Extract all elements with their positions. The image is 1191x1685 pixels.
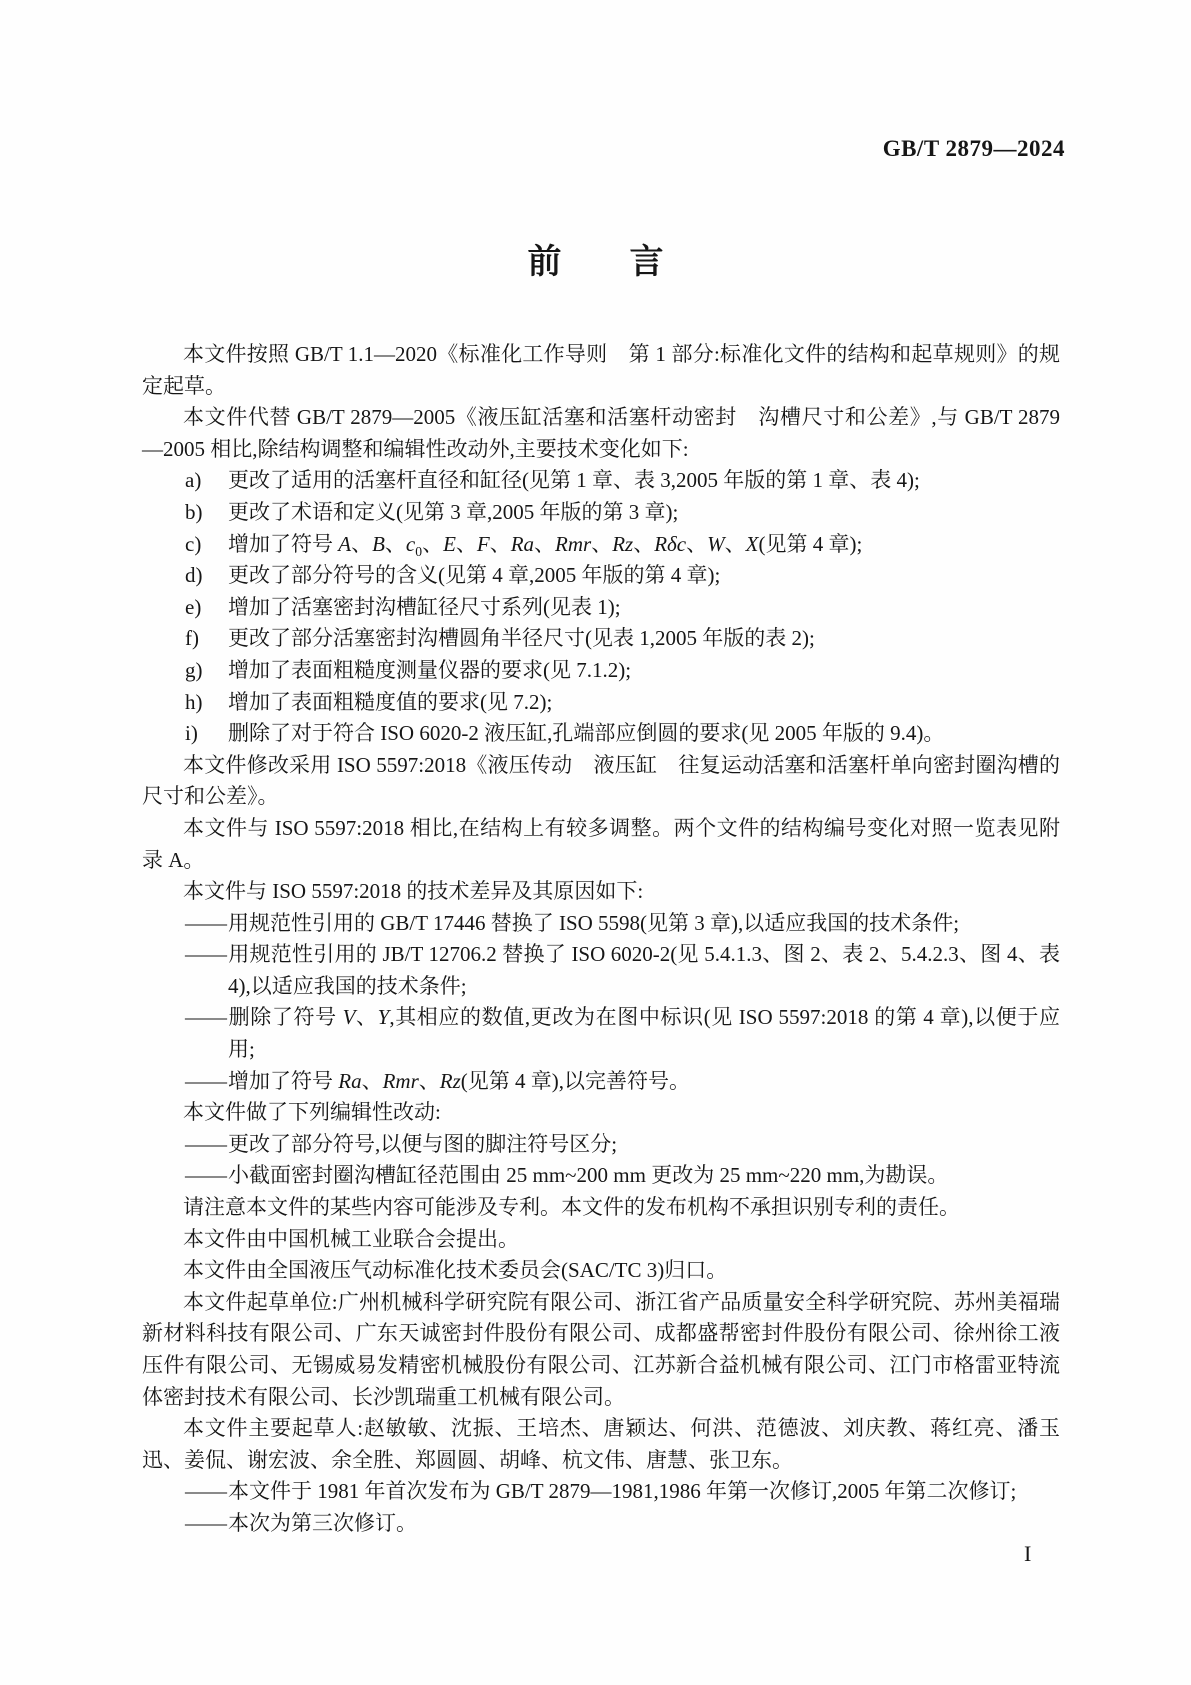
list-item: d)更改了部分符号的含义(见第 4 章,2005 年版的第 4 章);: [142, 560, 1060, 592]
list-item: b)更改了术语和定义(见第 3 章,2005 年版的第 3 章);: [142, 497, 1060, 529]
list-item-label: h): [185, 687, 228, 719]
dash-item-text: 用规范性引用的 GB/T 17446 替换了 ISO 5598(见第 3 章),…: [228, 911, 959, 935]
dash: ——: [185, 1508, 228, 1540]
dash: ——: [185, 1129, 228, 1161]
list-item-text: 删除了对于符合 ISO 6020-2 液压缸,孔端部应倒圆的要求(见 2005 …: [228, 721, 944, 745]
list-item-label: b): [185, 497, 228, 529]
paragraph-differences-intro: 本文件与 ISO 5597:2018 的技术差异及其原因如下:: [142, 876, 1060, 908]
dash-item-text: 小截面密封圈沟槽缸径范围由 25 mm~200 mm 更改为 25 mm~220…: [228, 1163, 948, 1187]
dash: ——: [185, 1066, 228, 1098]
dash-item: ——增加了符号 Ra、Rmr、Rz(见第 4 章),以完善符号。: [142, 1066, 1060, 1098]
list-item: h)增加了表面粗糙度值的要求(见 7.2);: [142, 687, 1060, 719]
paragraph-patent-notice: 请注意本文件的某些内容可能涉及专利。本文件的发布机构不承担识别专利的责任。: [142, 1192, 1060, 1224]
list-item-text: 增加了表面粗糙度值的要求(见 7.2);: [228, 690, 552, 714]
paragraph-replaces: 本文件代替 GB/T 2879—2005《液压缸活塞和活塞杆动密封 沟槽尺寸和公…: [142, 402, 1060, 465]
dash: ——: [185, 1160, 228, 1192]
list-item-label: a): [185, 465, 228, 497]
dash-item: ——更改了部分符号,以便与图的脚注符号区分;: [142, 1129, 1060, 1161]
foreword-body: 本文件按照 GB/T 1.1—2020《标准化工作导则 第 1 部分:标准化文件…: [142, 339, 1060, 1540]
paragraph-drafters: 本文件主要起草人:赵敏敏、沈振、王培杰、唐颖达、何洪、范德波、刘庆教、蒋红亮、潘…: [142, 1413, 1060, 1476]
paragraph-basis: 本文件按照 GB/T 1.1—2020《标准化工作导则 第 1 部分:标准化文件…: [142, 339, 1060, 402]
list-item-text: 更改了术语和定义(见第 3 章,2005 年版的第 3 章);: [228, 500, 678, 524]
dash-item: ——用规范性引用的 JB/T 12706.2 替换了 ISO 6020-2(见 …: [142, 939, 1060, 1002]
list-item: c)增加了符号 A、B、c0、E、F、Ra、Rmr、Rz、Rδc、W、X(见第 …: [142, 529, 1060, 561]
list-item: g)增加了表面粗糙度测量仪器的要求(见 7.1.2);: [142, 655, 1060, 687]
list-item-label: c): [185, 529, 228, 561]
dash: ——: [185, 939, 228, 971]
dash-item: ——小截面密封圈沟槽缸径范围由 25 mm~200 mm 更改为 25 mm~2…: [142, 1160, 1060, 1192]
list-item-text: 增加了符号 A、B、c0、E、F、Ra、Rmr、Rz、Rδc、W、X(见第 4 …: [228, 532, 862, 556]
list-item-label: i): [185, 718, 228, 750]
paragraph-proposed-by: 本文件由中国机械工业联合会提出。: [142, 1224, 1060, 1256]
list-item-label: f): [185, 623, 228, 655]
dash: ——: [185, 1476, 228, 1508]
list-item: e)增加了活塞密封沟槽缸径尺寸系列(见表 1);: [142, 592, 1060, 624]
paragraph-committee: 本文件由全国液压气动标准化技术委员会(SAC/TC 3)归口。: [142, 1255, 1060, 1287]
list-item: i)删除了对于符合 ISO 6020-2 液压缸,孔端部应倒圆的要求(见 200…: [142, 718, 1060, 750]
dash: ——: [185, 908, 228, 940]
list-item-text: 更改了部分活塞密封沟槽圆角半径尺寸(见表 1,2005 年版的表 2);: [228, 626, 815, 650]
list-item-label: e): [185, 592, 228, 624]
paragraph-drafting-organizations: 本文件起草单位:广州机械科学研究院有限公司、浙江省产品质量安全科学研究院、苏州美…: [142, 1287, 1060, 1413]
list-item-text: 增加了表面粗糙度测量仪器的要求(见 7.1.2);: [228, 658, 631, 682]
dash: ——: [185, 1002, 228, 1034]
list-item-label: g): [185, 655, 228, 687]
list-item-text: 增加了活塞密封沟槽缸径尺寸系列(见表 1);: [228, 595, 621, 619]
dash-item: ——本次为第三次修订。: [142, 1508, 1060, 1540]
dash-item-text: 本文件于 1981 年首次发布为 GB/T 2879—1981,1986 年第一…: [228, 1479, 1016, 1503]
list-item-text: 更改了部分符号的含义(见第 4 章,2005 年版的第 4 章);: [228, 563, 720, 587]
page-title: 前 言: [0, 234, 1191, 283]
dash-item-text: 更改了部分符号,以便与图的脚注符号区分;: [228, 1132, 617, 1156]
dash-item-text: 增加了符号 Ra、Rmr、Rz(见第 4 章),以完善符号。: [228, 1069, 690, 1093]
dash-item-text: 本次为第三次修订。: [228, 1511, 417, 1535]
paragraph-editorial-intro: 本文件做了下列编辑性改动:: [142, 1097, 1060, 1129]
dash-item: ——删除了符号 V、Y,其相应的数值,更改为在图中标识(见 ISO 5597:2…: [142, 1002, 1060, 1065]
list-item: a)更改了适用的活塞杆直径和缸径(见第 1 章、表 3,2005 年版的第 1 …: [142, 465, 1060, 497]
dash-item-text: 用规范性引用的 JB/T 12706.2 替换了 ISO 6020-2(见 5.…: [228, 942, 1060, 998]
list-item-label: d): [185, 560, 228, 592]
paragraph-adoption: 本文件修改采用 ISO 5597:2018《液压传动 液压缸 往复运动活塞和活塞…: [142, 750, 1060, 813]
doc-number: GB/T 2879—2024: [883, 136, 1065, 162]
page-number: I: [1024, 1541, 1031, 1567]
list-item-text: 更改了适用的活塞杆直径和缸径(见第 1 章、表 3,2005 年版的第 1 章、…: [228, 468, 920, 492]
document-page: GB/T 2879—2024 前 言 本文件按照 GB/T 1.1—2020《标…: [0, 0, 1191, 1685]
list-item: f)更改了部分活塞密封沟槽圆角半径尺寸(见表 1,2005 年版的表 2);: [142, 623, 1060, 655]
paragraph-structure-note: 本文件与 ISO 5597:2018 相比,在结构上有较多调整。两个文件的结构编…: [142, 813, 1060, 876]
dash-item: ——用规范性引用的 GB/T 17446 替换了 ISO 5598(见第 3 章…: [142, 908, 1060, 940]
dash-item: ——本文件于 1981 年首次发布为 GB/T 2879—1981,1986 年…: [142, 1476, 1060, 1508]
dash-item-text: 删除了符号 V、Y,其相应的数值,更改为在图中标识(见 ISO 5597:201…: [228, 1005, 1060, 1061]
